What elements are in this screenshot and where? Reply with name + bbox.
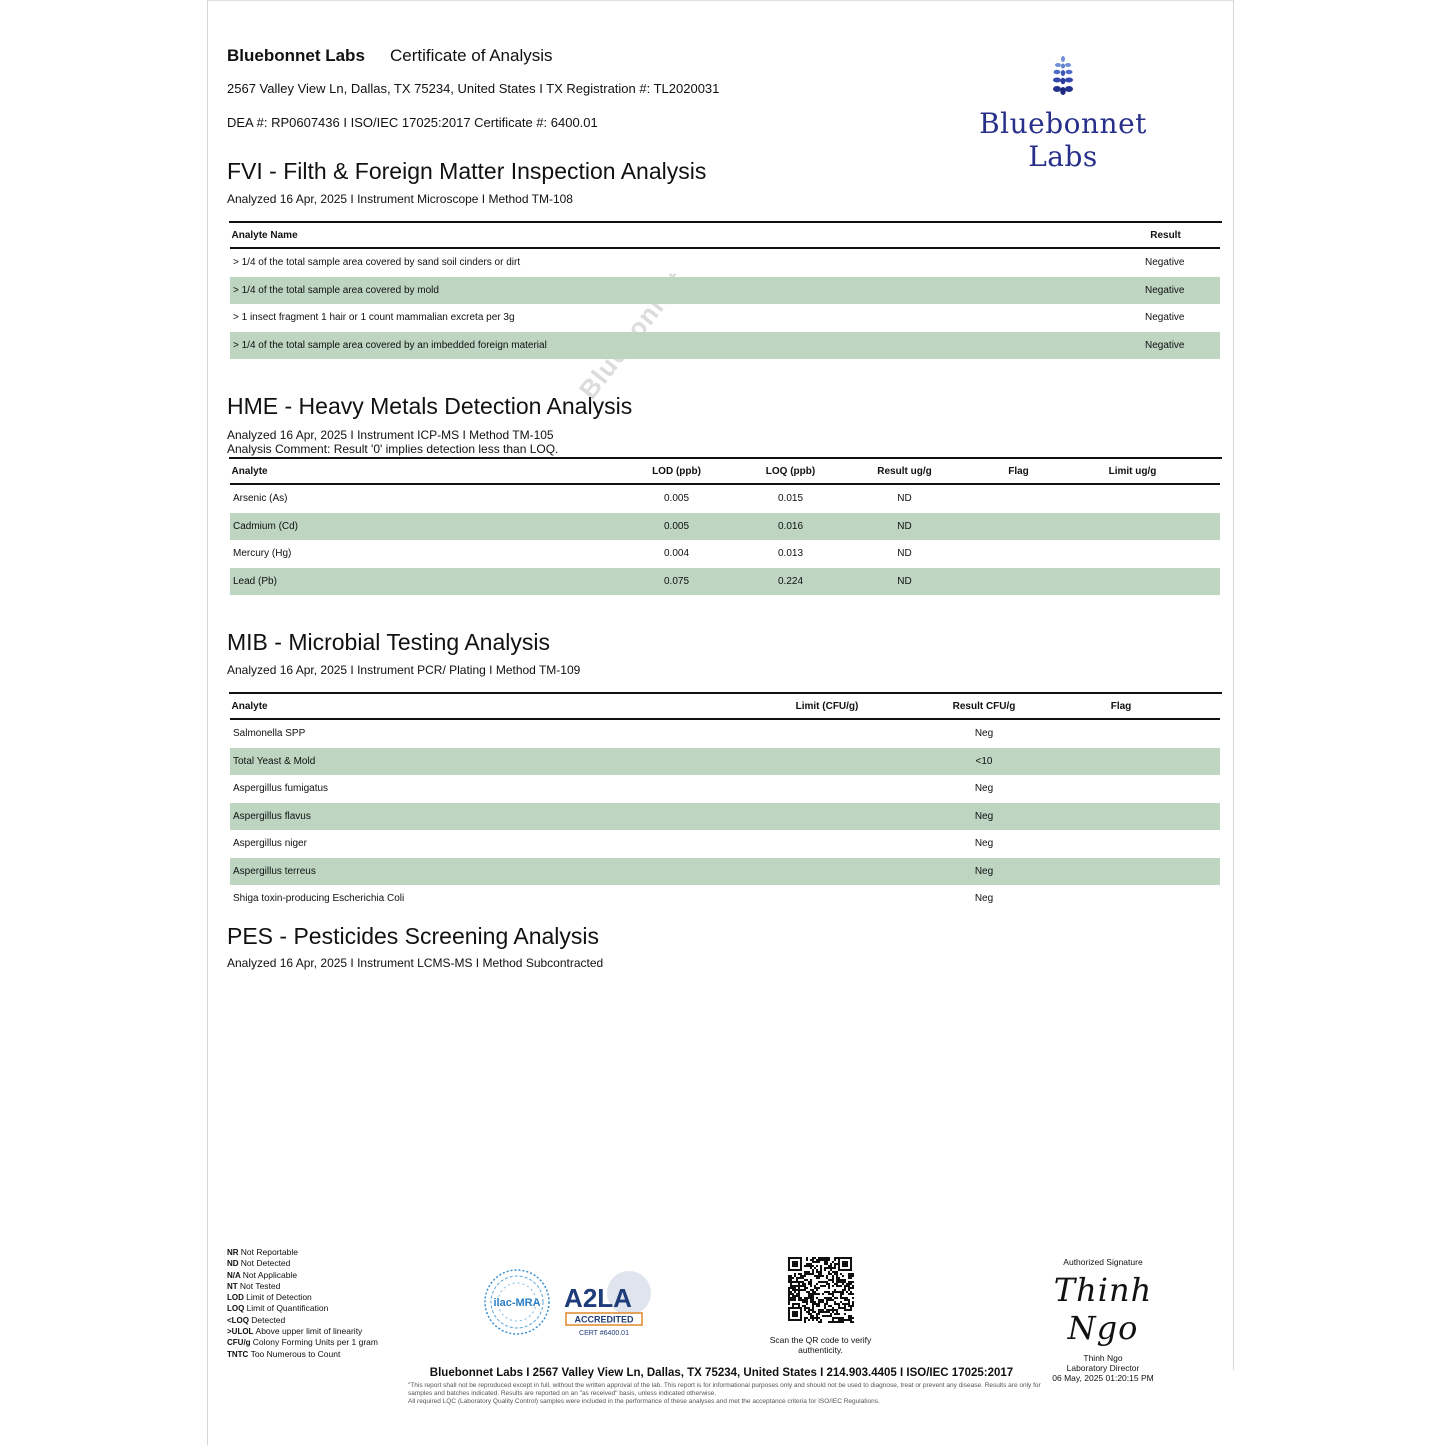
hme-table: Analyte LOD (ppb) LOQ (ppb) Result ug/g … <box>227 457 1223 595</box>
value-cell: 0.075 <box>620 568 734 596</box>
column-header: LOQ (ppb) <box>734 458 848 484</box>
table-row: Cadmium (Cd)0.0050.016ND <box>229 513 1222 541</box>
fvi-section-meta: Analyzed 16 Apr, 2025 I Instrument Micro… <box>227 192 573 206</box>
table-row: Lead (Pb)0.0750.224ND <box>229 568 1222 596</box>
table-row: Total Yeast & Mold<10 <box>229 748 1222 776</box>
svg-text:CERT #6400.01: CERT #6400.01 <box>579 1330 629 1337</box>
table-row: Aspergillus fumigatusNeg <box>229 775 1222 803</box>
legend-item: LOD Limit of Detection <box>227 1292 378 1303</box>
abbreviation-legend: NR Not ReportableND Not DetectedN/A Not … <box>227 1247 378 1360</box>
value-cell <box>1076 540 1190 568</box>
analyte-cell: Aspergillus flavus <box>229 803 749 831</box>
footer-lab-info: Bluebonnet Labs I 2567 Valley View Ln, D… <box>208 1367 1235 1379</box>
column-header: Limit ug/g <box>1076 458 1190 484</box>
value-cell: Neg <box>906 885 1063 913</box>
value-cell: 0.016 <box>734 513 848 541</box>
bluebonnet-flower-icon <box>1050 56 1076 98</box>
analyte-cell: > 1/4 of the total sample area covered b… <box>229 277 1110 305</box>
value-cell <box>1076 513 1190 541</box>
value-cell <box>1063 719 1180 748</box>
column-header: Analyte Name <box>229 222 1110 248</box>
value-cell <box>962 513 1076 541</box>
column-header: Analyte <box>229 693 749 719</box>
legend-item: CFU/g Colony Forming Units per 1 gram <box>227 1337 378 1348</box>
value-cell <box>749 885 906 913</box>
column-header: LOD (ppb) <box>620 458 734 484</box>
fvi-table: Analyte Name Result > 1/4 of the total s… <box>227 221 1223 359</box>
lab-logo: Bluebonnet Labs <box>943 56 1183 173</box>
value-cell: <10 <box>906 748 1063 776</box>
value-cell <box>749 830 906 858</box>
table-row: > 1 insect fragment 1 hair or 1 count ma… <box>229 304 1222 332</box>
analyte-cell: Aspergillus fumigatus <box>229 775 749 803</box>
value-cell <box>1076 568 1190 596</box>
signature-block: Authorized Signature Thinh Ngo Thinh Ngo… <box>1013 1257 1193 1383</box>
pes-section-meta: Analyzed 16 Apr, 2025 I Instrument LCMS-… <box>227 956 603 970</box>
signature-image: Thinh Ngo <box>1013 1271 1193 1347</box>
lab-registration: DEA #: RP0607436 I ISO/IEC 17025:2017 Ce… <box>227 115 598 130</box>
signature-label: Authorized Signature <box>1013 1257 1193 1267</box>
column-header: Flag <box>1063 693 1180 719</box>
column-header: Result <box>1110 222 1222 248</box>
analyte-cell: > 1/4 of the total sample area covered b… <box>229 248 1110 277</box>
value-cell: Neg <box>906 775 1063 803</box>
value-cell <box>749 775 906 803</box>
value-cell <box>1063 885 1180 913</box>
value-cell <box>1063 748 1180 776</box>
document-title: Certificate of Analysis <box>390 46 553 66</box>
analyte-cell: > 1 insect fragment 1 hair or 1 count ma… <box>229 304 1110 332</box>
column-header: Limit (CFU/g) <box>749 693 906 719</box>
value-cell: Neg <box>906 803 1063 831</box>
value-cell: 0.005 <box>620 513 734 541</box>
column-header: Result CFU/g <box>906 693 1063 719</box>
qr-code-icon <box>788 1257 854 1323</box>
value-cell <box>1063 830 1180 858</box>
legend-item: NT Not Tested <box>227 1281 378 1292</box>
a2la-accredited-badge-icon: A2LA ACCREDITED CERT #6400.01 <box>564 1271 651 1337</box>
value-cell: ND <box>848 513 962 541</box>
value-cell: Negative <box>1110 304 1222 332</box>
value-cell: 0.004 <box>620 540 734 568</box>
value-cell: ND <box>848 568 962 596</box>
value-cell: 0.015 <box>734 484 848 513</box>
ilac-mra-badge-icon: ilac-MRA <box>485 1270 549 1334</box>
logo-text: Bluebonnet Labs <box>943 107 1183 173</box>
column-header: Analyte <box>229 458 620 484</box>
value-cell <box>962 484 1076 513</box>
legend-item: ND Not Detected <box>227 1258 378 1269</box>
value-cell <box>1063 858 1180 886</box>
mib-section-title: MIB - Microbial Testing Analysis <box>227 629 550 656</box>
hme-section-title: HME - Heavy Metals Detection Analysis <box>227 393 632 420</box>
analyte-cell: Salmonella SPP <box>229 719 749 748</box>
value-cell <box>749 858 906 886</box>
svg-text:A2LA: A2LA <box>564 1283 632 1313</box>
legend-item: N/A Not Applicable <box>227 1270 378 1281</box>
table-row: Aspergillus terreusNeg <box>229 858 1222 886</box>
table-row: > 1/4 of the total sample area covered b… <box>229 332 1222 360</box>
accreditation-badges: ilac-MRA A2LA ACCREDITED CERT #6400.01 <box>484 1267 654 1344</box>
footer-disclaimer: "This report shall not be reproduced exc… <box>408 1382 1048 1406</box>
legend-item: >ULOL Above upper limit of linearity <box>227 1326 378 1337</box>
fvi-section-title: FVI - Filth & Foreign Matter Inspection … <box>227 158 706 185</box>
verification-qr-code[interactable] <box>788 1257 854 1328</box>
mib-table: Analyte Limit (CFU/g) Result CFU/g Flag … <box>227 692 1223 913</box>
qr-caption: Scan the QR code to verify authenticity. <box>768 1335 873 1355</box>
table-row: Shiga toxin-producing Escherichia ColiNe… <box>229 885 1222 913</box>
lab-name: Bluebonnet Labs <box>227 46 365 66</box>
value-cell: ND <box>848 484 962 513</box>
svg-text:ACCREDITED: ACCREDITED <box>574 1315 634 1325</box>
svg-text:ilac-MRA: ilac-MRA <box>493 1297 540 1309</box>
analyte-cell: > 1/4 of the total sample area covered b… <box>229 332 1110 360</box>
table-row: Aspergillus nigerNeg <box>229 830 1222 858</box>
certificate-page: Bluebonnet Labs Certificate of Analysis … <box>207 0 1234 1445</box>
table-row: > 1/4 of the total sample area covered b… <box>229 277 1222 305</box>
value-cell <box>749 748 906 776</box>
table-row: Arsenic (As)0.0050.015ND <box>229 484 1222 513</box>
column-header: Result ug/g <box>848 458 962 484</box>
analyte-cell: Shiga toxin-producing Escherichia Coli <box>229 885 749 913</box>
value-cell: Neg <box>906 719 1063 748</box>
legend-item: <LOQ Detected <box>227 1315 378 1326</box>
analyte-cell: Arsenic (As) <box>229 484 620 513</box>
table-row: Salmonella SPPNeg <box>229 719 1222 748</box>
analyte-cell: Cadmium (Cd) <box>229 513 620 541</box>
legend-item: NR Not Reportable <box>227 1247 378 1258</box>
value-cell <box>1076 484 1190 513</box>
value-cell: Neg <box>906 858 1063 886</box>
analyte-cell: Lead (Pb) <box>229 568 620 596</box>
value-cell: 0.224 <box>734 568 848 596</box>
analyte-cell: Total Yeast & Mold <box>229 748 749 776</box>
pes-section-title: PES - Pesticides Screening Analysis <box>227 923 599 950</box>
value-cell: Negative <box>1110 248 1222 277</box>
value-cell <box>1063 775 1180 803</box>
analyte-cell: Mercury (Hg) <box>229 540 620 568</box>
legend-item: LOQ Limit of Quantification <box>227 1303 378 1314</box>
value-cell <box>749 719 906 748</box>
signer-name: Thinh Ngo <box>1013 1353 1193 1363</box>
value-cell: 0.013 <box>734 540 848 568</box>
mib-section-meta: Analyzed 16 Apr, 2025 I Instrument PCR/ … <box>227 663 580 677</box>
value-cell: Neg <box>906 830 1063 858</box>
lab-address: 2567 Valley View Ln, Dallas, TX 75234, U… <box>227 81 719 96</box>
table-row: Mercury (Hg)0.0040.013ND <box>229 540 1222 568</box>
value-cell <box>749 803 906 831</box>
hme-analysis-comment: Analysis Comment: Result '0' implies det… <box>227 442 558 456</box>
table-row: Aspergillus flavusNeg <box>229 803 1222 831</box>
analyte-cell: Aspergillus terreus <box>229 858 749 886</box>
value-cell <box>1063 803 1180 831</box>
value-cell: Negative <box>1110 332 1222 360</box>
column-header: Flag <box>962 458 1076 484</box>
value-cell: Negative <box>1110 277 1222 305</box>
analyte-cell: Aspergillus niger <box>229 830 749 858</box>
value-cell <box>962 540 1076 568</box>
legend-item: TNTC Too Numerous to Count <box>227 1349 378 1360</box>
value-cell <box>962 568 1076 596</box>
table-row: > 1/4 of the total sample area covered b… <box>229 248 1222 277</box>
value-cell: ND <box>848 540 962 568</box>
value-cell: 0.005 <box>620 484 734 513</box>
hme-section-meta: Analyzed 16 Apr, 2025 I Instrument ICP-M… <box>227 428 554 442</box>
